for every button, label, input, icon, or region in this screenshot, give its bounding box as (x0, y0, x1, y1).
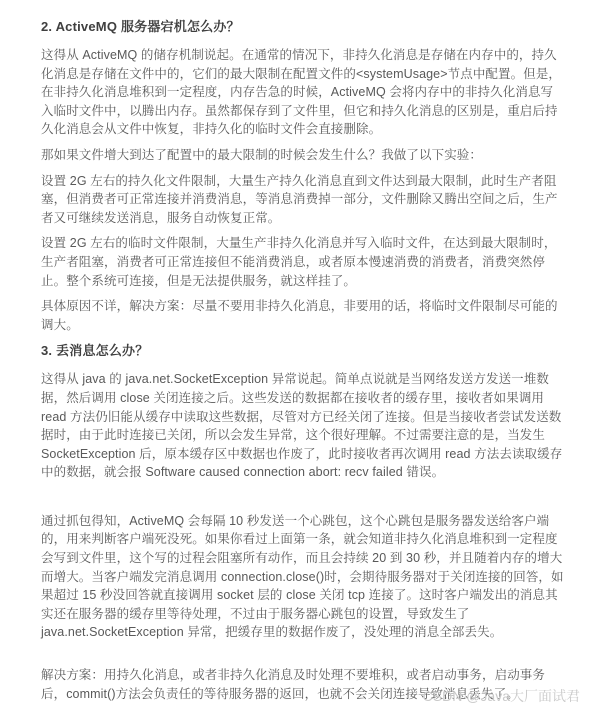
paragraph-socketexception: 这得从 java 的 java.net.SocketException 异常说起… (41, 370, 565, 482)
paragraph-experiment-intro: 那如果文件增大到达了配置中的最大限制的时候会发生什么？我做了以下实验： (41, 146, 565, 165)
csdn-watermark: CSDN @Java大厂面试君 (423, 686, 580, 706)
section-heading-message-loss: 3. 丢消息怎么办？ (41, 341, 565, 361)
article-page: 2. ActiveMQ 服务器宕机怎么办？ 这得从 ActiveMQ 的储存机制… (0, 0, 603, 712)
paragraph-temp-file-limit: 设置 2G 左右的临时文件限制，大量生产非持久化消息并写入临时文件，在达到最大限… (41, 234, 565, 290)
paragraph-solution-tip: 具体原因不详，解决方案：尽量不要用非持久化消息，非要用的话，将临时文件限制尽可能… (41, 297, 565, 334)
paragraph-persistent-file-limit: 设置 2G 左右的持久化文件限制，大量生产持久化消息直到文件达到最大限制，此时生… (41, 172, 565, 228)
paragraph-storage-mechanism: 这得从 ActiveMQ 的储存机制说起。在通常的情况下，非持久化消息是存储在内… (41, 46, 565, 139)
paragraph-heartbeat-analysis: 通过抓包得知，ActiveMQ 会每隔 10 秒发送一个心跳包，这个心跳包是服务… (41, 512, 565, 642)
section-heading-activemq-server-down: 2. ActiveMQ 服务器宕机怎么办？ (41, 17, 565, 37)
